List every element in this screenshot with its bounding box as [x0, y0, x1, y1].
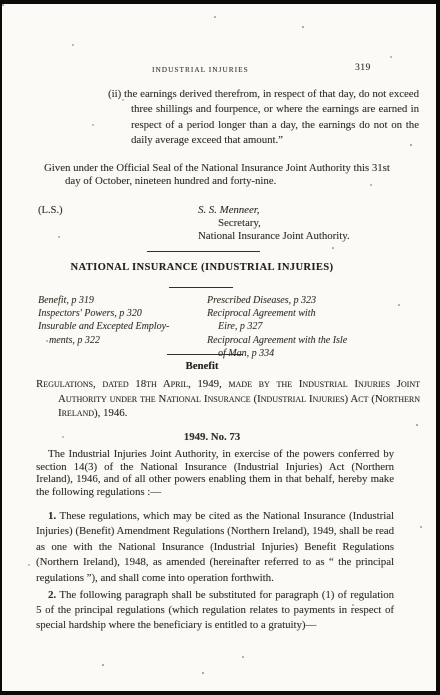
- index-entry: Reciprocal Agreement with: [207, 307, 395, 320]
- index-entry: Inspectors' Powers, p 320: [38, 307, 208, 320]
- index-entry: Insurable and Excepted Employ-: [38, 320, 208, 333]
- running-header-title: INDUSTRIAL INJURIES: [152, 66, 249, 74]
- page-number: 319: [355, 63, 371, 73]
- benefit-subheading: Benefit: [32, 360, 372, 372]
- regulation-preamble: Regulations, dated 18th April, 1949, mad…: [36, 377, 420, 421]
- locus-sigilli-mark: (L.S.): [38, 205, 63, 216]
- index-entry-continuation: Eire, p 327: [207, 320, 395, 333]
- paragraph-text: These regulations, which may be cited as…: [36, 510, 394, 584]
- index-entry: Reciprocal Agreement with the Isle: [207, 334, 395, 347]
- regulation-paragraph-2: 2. The following paragraph shall be subs…: [36, 588, 394, 634]
- scan-noise-specks: [2, 4, 4, 6]
- signature-organisation: National Insurance Joint Authority.: [198, 230, 350, 242]
- index-entry-continuation: ments, p 322: [38, 334, 208, 347]
- paragraph-number: 1.: [48, 510, 56, 522]
- seal-clause-paragraph: Given under the Official Seal of the Nat…: [44, 162, 395, 187]
- divider-rule-top: [147, 251, 260, 252]
- section-title: NATIONAL INSURANCE (INDUSTRIAL INJURIES): [32, 262, 372, 273]
- excerpt-text: the earnings derived therefrom, in respe…: [124, 88, 419, 146]
- regulation-paragraph-1: 1. These regulations, which may be cited…: [36, 509, 394, 586]
- quoted-excerpt-paragraph: (ii) the earnings derived therefrom, in …: [108, 87, 419, 149]
- paragraph-number: 2.: [48, 589, 56, 601]
- index-right-column: Prescribed Diseases, p 323 Reciprocal Ag…: [207, 294, 395, 360]
- enacting-paragraph: The Industrial Injuries Joint Authority,…: [36, 448, 394, 499]
- regulation-number-line: 1949. No. 73: [32, 431, 392, 443]
- scanned-page: INDUSTRIAL INJURIES 319 (ii) the earning…: [2, 4, 436, 691]
- excerpt-marker: (ii): [108, 88, 121, 100]
- signature-name: S. S. Menneer,: [198, 204, 259, 216]
- signature-role: Secretary,: [218, 217, 261, 229]
- divider-rule-under-title: [169, 287, 233, 288]
- index-left-column: Benefit, p 319 Inspectors' Powers, p 320…: [38, 294, 208, 347]
- index-entry: Benefit, p 319: [38, 294, 208, 307]
- paragraph-text: The following paragraph shall be substit…: [36, 589, 394, 631]
- index-entry: Prescribed Diseases, p 323: [207, 294, 395, 307]
- divider-rule-under-index: [167, 354, 243, 355]
